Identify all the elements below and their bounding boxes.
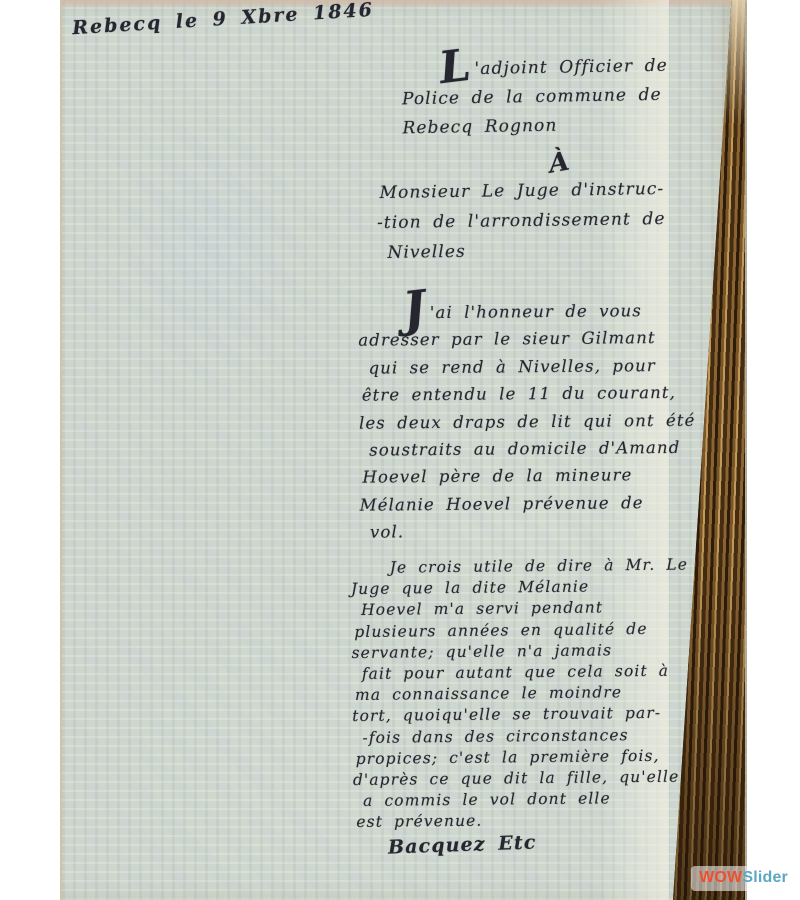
manuscript-line: Nivelles (387, 234, 666, 268)
wowslider-watermark[interactable]: WOWSlider (691, 866, 796, 891)
body-paragraph-1: J'ai l'honneur de vous adresser par le s… (361, 294, 743, 546)
body-paragraph-2: Je crois utile de dire à Mr. Le Juge que… (354, 554, 742, 834)
manuscript-line: être entendu le 11 du courant, (362, 379, 742, 410)
manuscript-line: -tion de l'arrondissement de (377, 204, 666, 238)
addressee-block: Monsieur Le Juge d'instruc- -tion de l'a… (379, 174, 666, 268)
manuscript-line-text: 'adjoint Officier de (474, 56, 668, 79)
manuscript-line: J'ai l'honneur de vous (361, 294, 741, 327)
manuscript-line: les deux draps de lit qui ont été (359, 406, 742, 437)
manuscript-line: Mélanie Hoevel prévenue de (360, 488, 743, 519)
manuscript-line: L'adjoint Officier de (401, 52, 668, 86)
manuscript-line: vol. (370, 516, 743, 547)
manuscript-line: Rebecq Rognon (402, 110, 669, 144)
sender-block: L'adjoint Officier de Police de la commu… (401, 52, 669, 144)
manuscript-line: Je crois utile de dire à Mr. Le (354, 554, 739, 579)
manuscript-line-text: 'ai l'honneur de vous (430, 301, 642, 322)
manuscript-line: soustraits au domicile d'Amand (369, 433, 742, 464)
manuscript-line: Monsieur Le Juge d'instruc- (379, 174, 665, 208)
scanned-document-image: Rebecq le 9 Xbre 1846 L'adjoint Officier… (0, 0, 800, 900)
watermark-slider-text: Slider (742, 869, 788, 886)
watermark-wow-text: WOW (699, 869, 742, 886)
paragraph-initial: J (403, 303, 428, 316)
manuscript-line: qui se rend à Nivelles, pour (368, 351, 741, 382)
sender-initial: L (439, 60, 472, 74)
manuscript-line: est prévenue. (356, 808, 741, 833)
manuscript-line: Hoevel père de la mineure (362, 461, 742, 492)
